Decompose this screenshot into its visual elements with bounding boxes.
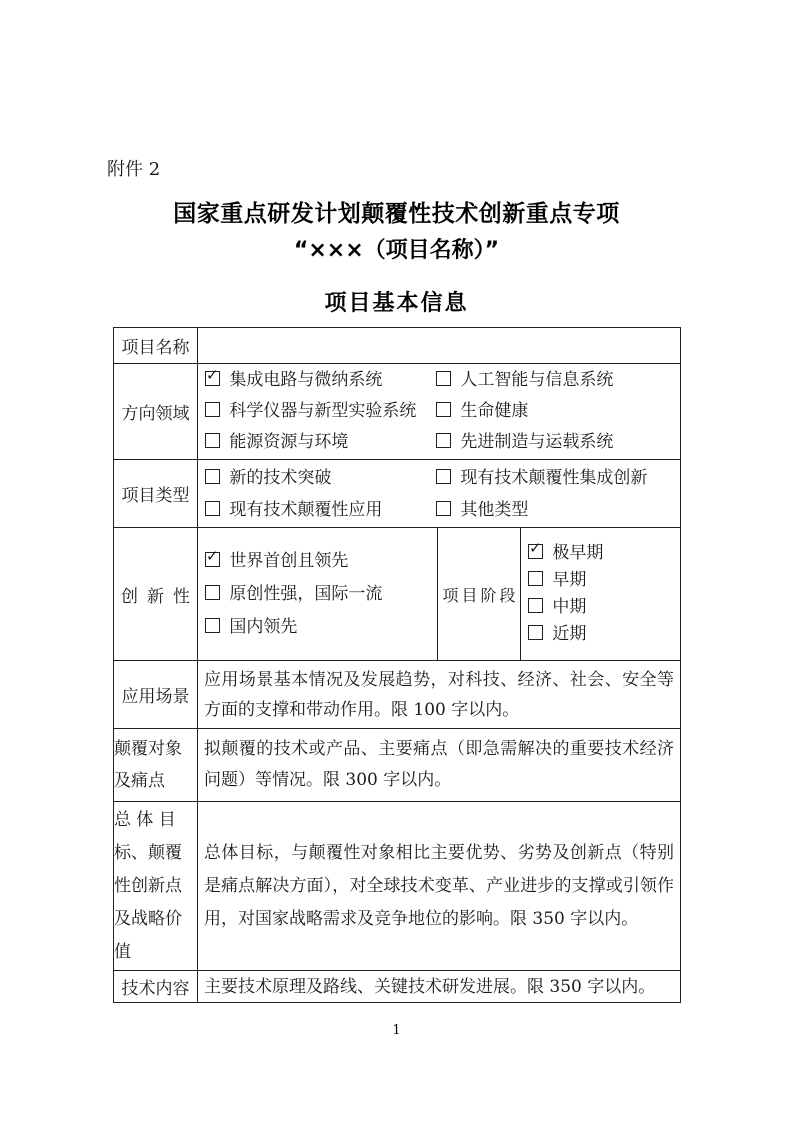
project-info-table: 项目名称 方向领域 集成电路与微纳系统 人工智能与信息系统: [113, 327, 681, 1003]
innovation-option: 世界首创且领先: [205, 545, 437, 578]
type-option: 其他类型: [436, 494, 680, 526]
label-overall-goal: 总 体 目 标、颠覆 性创新点 及战略价 值: [114, 802, 198, 971]
option-label: 国内领先: [229, 617, 297, 637]
type-option: 新的技术突破: [205, 462, 436, 494]
direction-option: 能源资源与环境: [205, 427, 436, 458]
innovation-options-cell: 世界首创且领先 原创性强，国际一流 国内领先: [198, 528, 438, 661]
label-project-name: 项目名称: [114, 328, 198, 364]
checkbox-icon[interactable]: [436, 433, 451, 448]
option-label: 集成电路与微纳系统: [229, 370, 382, 390]
option-label: 早期: [552, 570, 586, 590]
stage-option: 早期: [528, 567, 680, 594]
option-label: 人工智能与信息系统: [460, 370, 613, 390]
table-row: 方向领域 集成电路与微纳系统 人工智能与信息系统 科学仪器与新型实验系统: [114, 364, 681, 460]
option-label: 其他类型: [460, 500, 528, 520]
section-title: 项目基本信息: [0, 286, 793, 317]
direction-option: 人工智能与信息系统: [436, 365, 680, 396]
cell-text: 拟颠覆的技术或产品、主要痛点（即急需解决的重要技术经济问题）等情况。限 300 …: [198, 734, 680, 796]
checkbox-icon[interactable]: [205, 585, 220, 600]
checkbox-icon[interactable]: [205, 469, 220, 484]
stage-option: 中期: [528, 594, 680, 621]
label-innovation-text: 创新性: [121, 587, 199, 607]
option-label: 先进制造与运载系统: [460, 432, 613, 452]
disruption-text-cell: 拟颠覆的技术或产品、主要痛点（即急需解决的重要技术经济问题）等情况。限 300 …: [198, 729, 681, 802]
label-disruption-target: 颠覆对象 及痛点: [114, 729, 198, 802]
label-line: 性创新点: [114, 870, 197, 903]
checkbox-icon[interactable]: [528, 625, 543, 640]
checkbox-icon[interactable]: [205, 552, 220, 567]
goal-text-cell: 总体目标，与颠覆性对象相比主要优势、劣势及创新点（特别是痛点解决方面），对全球技…: [198, 802, 681, 971]
option-label: 中期: [552, 597, 586, 617]
table-row: 项目名称: [114, 328, 681, 364]
technical-text-cell: 主要技术原理及路线、关键技术研发进展。限 350 字以内。: [198, 971, 681, 1003]
checkbox-icon[interactable]: [436, 501, 451, 516]
table-row: 项目类型 新的技术突破 现有技术颠覆性集成创新 现有技术颠覆性应用: [114, 460, 681, 528]
stage-options-cell: 极早期 早期 中期 近期: [521, 528, 681, 661]
label-project-stage: 项目阶段: [438, 528, 521, 661]
direction-option: 集成电路与微纳系统: [205, 365, 436, 396]
checkbox-icon[interactable]: [205, 501, 220, 516]
option-label: 原创性强，国际一流: [229, 584, 382, 604]
cell-text: 主要技术原理及路线、关键技术研发进展。限 350 字以内。: [198, 973, 680, 1001]
stage-option: 近期: [528, 621, 680, 648]
type-option: 现有技术颠覆性集成创新: [436, 462, 680, 494]
checkbox-icon[interactable]: [436, 371, 451, 386]
label-line: 值: [114, 936, 197, 969]
label-innovation: 创新性: [114, 528, 198, 661]
project-name-value-cell[interactable]: [198, 328, 681, 364]
label-line: 标、颠覆: [114, 837, 197, 870]
option-label: 生命健康: [460, 401, 528, 421]
application-text-cell: 应用场景基本情况及发展趋势，对科技、经济、社会、安全等方面的支撑和带动作用。限 …: [198, 661, 681, 729]
checkbox-icon[interactable]: [205, 402, 220, 417]
innovation-option: 原创性强，国际一流: [205, 578, 437, 611]
label-project-type: 项目类型: [114, 460, 198, 528]
option-label: 科学仪器与新型实验系统: [229, 401, 416, 421]
label-line: 及痛点: [114, 765, 197, 797]
table-row: 技术内容 主要技术原理及路线、关键技术研发进展。限 350 字以内。: [114, 971, 681, 1003]
option-label: 新的技术突破: [229, 468, 331, 488]
table-row: 应用场景 应用场景基本情况及发展趋势，对科技、经济、社会、安全等方面的支撑和带动…: [114, 661, 681, 729]
option-label: 现有技术颠覆性集成创新: [460, 468, 647, 488]
cell-text: 总体目标，与颠覆性对象相比主要优势、劣势及创新点（特别是痛点解决方面），对全球技…: [198, 837, 680, 936]
project-name-placeholder: “×××（项目名称）”: [0, 233, 793, 264]
option-label: 现有技术颠覆性应用: [229, 500, 382, 520]
checkbox-icon[interactable]: [528, 544, 543, 559]
direction-option: 先进制造与运载系统: [436, 427, 680, 458]
label-project-stage-text: 项目阶段: [442, 586, 518, 605]
type-options-cell: 新的技术突破 现有技术颠覆性集成创新 现有技术颠覆性应用 其他类型: [198, 460, 681, 528]
label-line: 及战略价: [114, 903, 197, 936]
label-technical-content: 技术内容: [114, 971, 198, 1003]
checkbox-icon[interactable]: [528, 571, 543, 586]
table-row: 总 体 目 标、颠覆 性创新点 及战略价 值 总体目标，与颠覆性对象相比主要优势…: [114, 802, 681, 971]
checkbox-icon[interactable]: [205, 433, 220, 448]
label-line: 颠覆对象: [114, 733, 197, 765]
checkbox-icon[interactable]: [436, 402, 451, 417]
checkbox-icon[interactable]: [436, 469, 451, 484]
attachment-label: 附件 2: [107, 155, 160, 181]
label-line: 总 体 目: [114, 804, 197, 837]
cell-text: 应用场景基本情况及发展趋势，对科技、经济、社会、安全等方面的支撑和带动作用。限 …: [198, 665, 680, 725]
direction-option: 生命健康: [436, 396, 680, 427]
label-direction-field: 方向领域: [114, 364, 198, 460]
table-row: 创新性 世界首创且领先 原创性强，国际一流 国内领先: [114, 528, 681, 661]
document-page: 附件 2 国家重点研发计划颠覆性技术创新重点专项 “×××（项目名称）” 项目基…: [0, 0, 793, 1122]
table-row: 颠覆对象 及痛点 拟颠覆的技术或产品、主要痛点（即急需解决的重要技术经济问题）等…: [114, 729, 681, 802]
checkbox-icon[interactable]: [205, 371, 220, 386]
innovation-option: 国内领先: [205, 611, 437, 644]
option-label: 近期: [552, 624, 586, 644]
option-label: 极早期: [552, 543, 603, 563]
direction-option: 科学仪器与新型实验系统: [205, 396, 436, 427]
checkbox-icon[interactable]: [528, 598, 543, 613]
page-number: 1: [0, 1023, 793, 1038]
direction-options-cell: 集成电路与微纳系统 人工智能与信息系统 科学仪器与新型实验系统 生命健康: [198, 364, 681, 460]
option-label: 能源资源与环境: [229, 432, 348, 452]
option-label: 世界首创且领先: [229, 551, 348, 571]
checkbox-icon[interactable]: [205, 618, 220, 633]
stage-option: 极早期: [528, 540, 680, 567]
label-application-scenario: 应用场景: [114, 661, 198, 729]
type-option: 现有技术颠覆性应用: [205, 494, 436, 526]
document-title: 国家重点研发计划颠覆性技术创新重点专项: [0, 195, 793, 228]
